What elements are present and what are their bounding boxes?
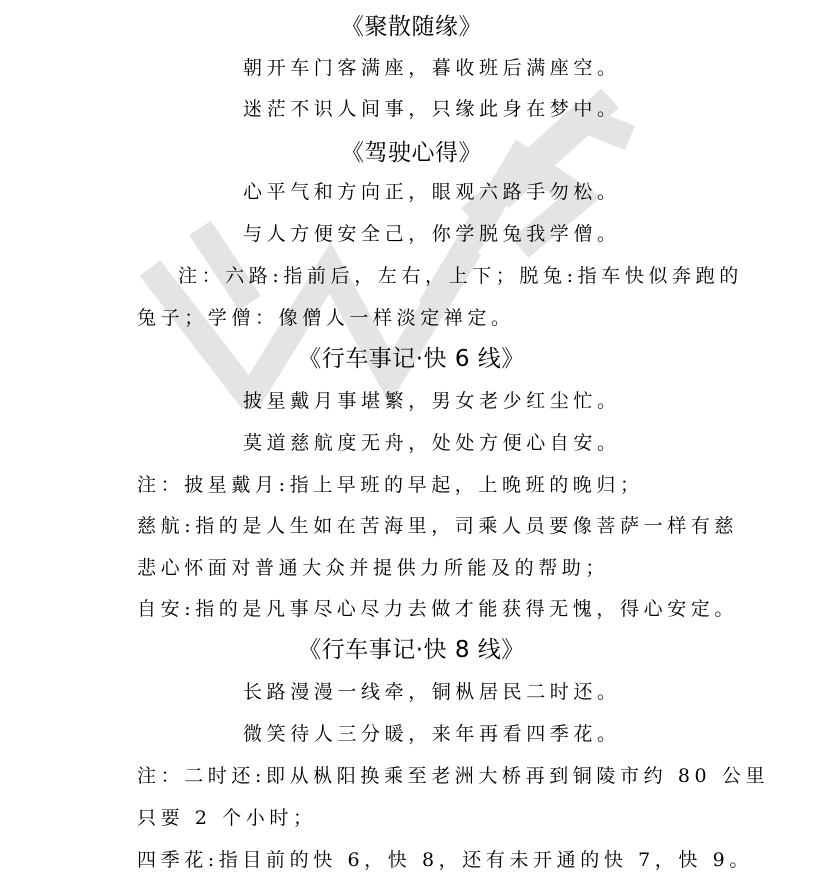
poem-note: 注：二时还:即从枞阳换乘至老洲大桥再到铜陵市约 80 公里 [137, 764, 769, 788]
document-page: 《聚散随缘》 朝开车门客满座，暮收班后满座空。 迷茫不识人间事，只缘此身在梦中。… [0, 0, 823, 883]
poem-verse: 长路漫漫一线牵，铜枞居民二时还。 [243, 680, 621, 704]
poem-title: 《驾驶心得》 [0, 138, 823, 168]
poem-title: 《聚散随缘》 [0, 12, 823, 42]
poem-verse: 披星戴月事堪繁，男女老少红尘忙。 [243, 389, 621, 413]
poem-verse: 与人方便安全己，你学脱兔我学僧。 [243, 222, 621, 246]
poem-note: 四季花:指目前的快 6，快 8，还有未开通的快 7，快 9。 [137, 848, 753, 872]
poem-title: 《行车事记·快 8 线》 [0, 635, 823, 665]
poem-title: 《行车事记·快 6 线》 [0, 344, 823, 374]
poem-note: 兔子；学僧：像僧人一样淡定禅定。 [137, 306, 515, 330]
poem-verse: 朝开车门客满座，暮收班后满座空。 [243, 56, 621, 80]
poem-note: 悲心怀面对普通大众并提供力所能及的帮助； [137, 556, 609, 580]
poem-note: 注：披星戴月:指上早班的早起，上晚班的晚归； [137, 473, 644, 497]
poem-verse: 迷茫不识人间事，只缘此身在梦中。 [243, 97, 621, 121]
poem-note: 只要 2 个小时； [137, 806, 317, 830]
poem-note: 注：六路:指前后，左右，上下；脱兔:指车快似奔跑的 [178, 264, 743, 288]
poem-verse: 心平气和方向正，眼观六路手勿松。 [243, 180, 621, 204]
poem-note: 慈航:指的是人生如在苦海里，司乘人员要像菩萨一样有慈 [137, 514, 738, 538]
poem-verse: 微笑待人三分暖，来年再看四季花。 [243, 722, 621, 746]
poem-note: 自安:指的是凡事尽心尽力去做才能获得无愧，得心安定。 [137, 597, 738, 621]
poem-verse: 莫道慈航度无舟，处处方便心自安。 [243, 431, 621, 455]
